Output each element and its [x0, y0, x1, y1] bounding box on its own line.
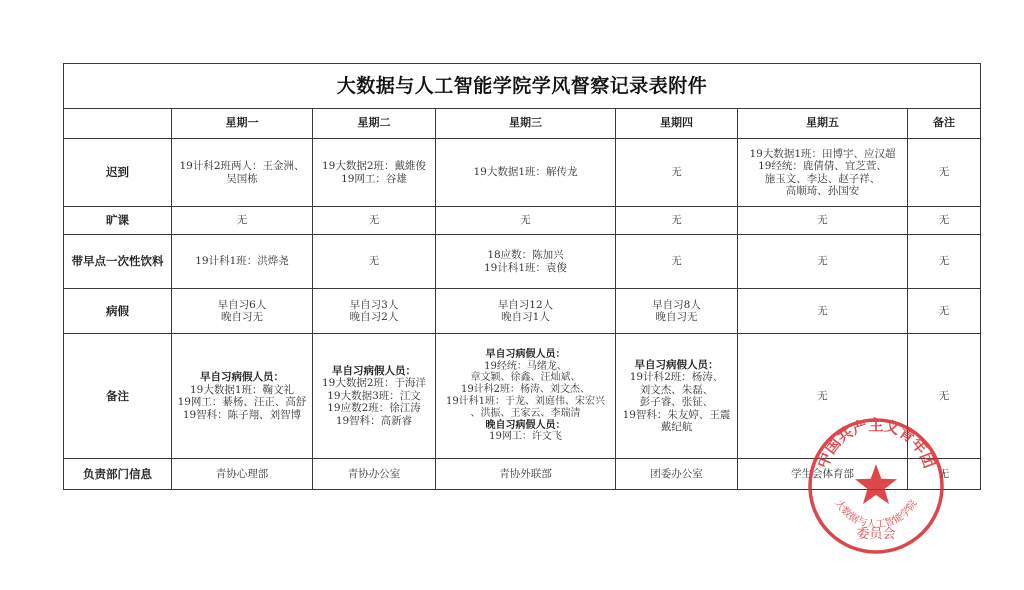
- cell-line: 19网工：谷雄: [315, 173, 433, 186]
- cell-line: 戴纪航: [618, 421, 735, 434]
- row-label-absent: 旷课: [64, 207, 172, 235]
- cell-dept-note: 无: [908, 459, 981, 490]
- cell-line: 19大数据1班：田博宇、应汉超: [740, 148, 905, 161]
- cell-dept-wed: 青协外联部: [436, 459, 616, 490]
- cell-dept-fri: 学生会体育部: [738, 459, 908, 490]
- cell-line: 晚自习1人: [438, 311, 613, 324]
- cell-late-thu: 无: [616, 139, 738, 207]
- cell-line: 晚自习无: [618, 311, 735, 324]
- cell-line: 晚自习2人: [315, 311, 433, 324]
- cell-line: 19大数据2班：于海洋: [315, 377, 433, 390]
- cell-absent-thu: 无: [616, 207, 738, 235]
- notes-heading: 早自习病假人员：: [174, 371, 310, 384]
- cell-line: 19计科1班：于龙、刘庭伟、宋宏兴: [438, 396, 613, 408]
- cell-line: 无: [618, 166, 735, 179]
- cell-sick-mon: 早自习6人 晚自习无: [172, 289, 313, 334]
- cell-late-wed: 19大数据1班：解传龙: [436, 139, 616, 207]
- cell-food-mon: 19计科1班：洪烨尧: [172, 235, 313, 289]
- cell-line: 早自习8人: [618, 299, 735, 312]
- cell-line: 19大数据1班：解传龙: [438, 166, 613, 179]
- row-sick: 病假 早自习6人 晚自习无 早自习3人 晚自习2人 早自习12人 晚自习1人 早…: [64, 289, 981, 334]
- cell-line: 19计科1班：袁俊: [438, 262, 613, 275]
- cell-line: 早自习3人: [315, 299, 433, 312]
- cell-line: 19计科2班两人：王金洲、: [174, 160, 310, 173]
- cell-line: 章文颖、徐鑫、汪灿斌、: [438, 372, 613, 384]
- row-notes: 备注 早自习病假人员： 19大数据1班：鞠文礼 19网工：綦杨、汪正、高舒 19…: [64, 334, 981, 459]
- notes-heading: 早自习病假人员：: [618, 359, 735, 372]
- cell-absent-wed: 无: [436, 207, 616, 235]
- cell-dept-mon: 青协心理部: [172, 459, 313, 490]
- notes-heading: 早自习病假人员：: [438, 349, 613, 361]
- cell-line: 19大数据2班：戴維俊: [315, 160, 433, 173]
- header-tuesday: 星期二: [313, 109, 436, 139]
- cell-line: 18应数：陈加兴: [438, 249, 613, 262]
- cell-food-note: 无: [908, 235, 981, 289]
- cell-notes-thu: 早自习病假人员： 19计科2班：杨涛、 刘文杰、朱磊、 彭子睿、张钲、 19智科…: [616, 334, 738, 459]
- document-title: 大数据与人工智能学院学风督察记录表附件: [64, 64, 981, 109]
- cell-line: 19大数据3班：江文: [315, 390, 433, 403]
- header-monday: 星期一: [172, 109, 313, 139]
- cell-line: 、洪振、王家云、李瑞清: [438, 408, 613, 420]
- cell-line: 刘文杰、朱磊、: [618, 384, 735, 397]
- header-row: 星期一 星期二 星期三 星期四 星期五 备注: [64, 109, 981, 139]
- cell-line: 19应数2班：徐江涛: [315, 402, 433, 415]
- row-label-notes: 备注: [64, 334, 172, 459]
- cell-line: 吴国栋: [174, 173, 310, 186]
- cell-line: 19智科：高新睿: [315, 415, 433, 428]
- cell-line: 无: [910, 166, 978, 179]
- cell-line: 早自习12人: [438, 299, 613, 312]
- cell-late-tue: 19大数据2班：戴維俊 19网工：谷雄: [313, 139, 436, 207]
- cell-notes-fri: 无: [738, 334, 908, 459]
- cell-notes-wed: 早自习病假人员： 19经统：马绪龙、 章文颖、徐鑫、汪灿斌、 19计科2班：杨涛…: [436, 334, 616, 459]
- cell-late-mon: 19计科2班两人：王金洲、 吴国栋: [172, 139, 313, 207]
- header-thursday: 星期四: [616, 109, 738, 139]
- cell-sick-note: 无: [908, 289, 981, 334]
- cell-line: 晚自习无: [174, 311, 310, 324]
- seal-committee-text: 委员会: [856, 527, 895, 542]
- cell-line: 19经统：鹿倩倩、宜芝萱、: [740, 160, 905, 173]
- cell-line: 彭子睿、张钲、: [618, 396, 735, 409]
- cell-dept-thu: 团委办公室: [616, 459, 738, 490]
- cell-line: 施玉文、李达、赵子祥、: [740, 173, 905, 186]
- record-sheet: 大数据与人工智能学院学风督察记录表附件 星期一 星期二 星期三 星期四 星期五 …: [63, 63, 980, 495]
- cell-line: 早自习6人: [174, 299, 310, 312]
- cell-dept-tue: 青协办公室: [313, 459, 436, 490]
- cell-notes-note: 无: [908, 334, 981, 459]
- row-label-food: 带早点一次性饮料: [64, 235, 172, 289]
- cell-line: 19计科2班：杨涛、: [618, 371, 735, 384]
- cell-food-thu: 无: [616, 235, 738, 289]
- header-wednesday: 星期三: [436, 109, 616, 139]
- cell-sick-tue: 早自习3人 晚自习2人: [313, 289, 436, 334]
- row-label-sick: 病假: [64, 289, 172, 334]
- notes-heading-evening: 晚自习病假人员：: [438, 420, 613, 432]
- cell-food-wed: 18应数：陈加兴 19计科1班：袁俊: [436, 235, 616, 289]
- row-dept: 负责部门信息 青协心理部 青协办公室 青协外联部 团委办公室 学生会体育部 无: [64, 459, 981, 490]
- cell-line: 19智科：朱友婷、王震: [618, 409, 735, 422]
- cell-absent-note: 无: [908, 207, 981, 235]
- cell-notes-mon: 早自习病假人员： 19大数据1班：鞠文礼 19网工：綦杨、汪正、高舒 19智科：…: [172, 334, 313, 459]
- row-label-late: 迟到: [64, 139, 172, 207]
- cell-notes-tue: 早自习病假人员： 19大数据2班：于海洋 19大数据3班：江文 19应数2班：徐…: [313, 334, 436, 459]
- cell-line: 19网工：綦杨、汪正、高舒: [174, 396, 310, 409]
- cell-line: 19大数据1班：鞠文礼: [174, 384, 310, 397]
- cell-sick-wed: 早自习12人 晚自习1人: [436, 289, 616, 334]
- cell-absent-fri: 无: [738, 207, 908, 235]
- cell-food-tue: 无: [313, 235, 436, 289]
- notes-heading: 早自习病假人员：: [315, 365, 433, 378]
- cell-line: 19智科：陈子翔、刘智博: [174, 409, 310, 422]
- header-remarks: 备注: [908, 109, 981, 139]
- cell-late-note: 无: [908, 139, 981, 207]
- row-absent: 旷课 无 无 无 无 无 无: [64, 207, 981, 235]
- row-late: 迟到 19计科2班两人：王金洲、 吴国栋 19大数据2班：戴維俊 19网工：谷雄…: [64, 139, 981, 207]
- cell-line: 高顺琦、孙国安: [740, 185, 905, 198]
- cell-line: 19计科2班：杨涛、刘文杰、: [438, 384, 613, 396]
- inspection-record-table: 大数据与人工智能学院学风督察记录表附件 星期一 星期二 星期三 星期四 星期五 …: [63, 63, 981, 490]
- cell-absent-mon: 无: [172, 207, 313, 235]
- cell-sick-fri: 无: [738, 289, 908, 334]
- cell-line: 19网工：许文飞: [438, 431, 613, 443]
- cell-line: 19经统：马绪龙、: [438, 361, 613, 373]
- row-label-dept: 负责部门信息: [64, 459, 172, 490]
- cell-late-fri: 19大数据1班：田博宇、应汉超 19经统：鹿倩倩、宜芝萱、 施玉文、李达、赵子祥…: [738, 139, 908, 207]
- header-friday: 星期五: [738, 109, 908, 139]
- row-food: 带早点一次性饮料 19计科1班：洪烨尧 无 18应数：陈加兴 19计科1班：袁俊…: [64, 235, 981, 289]
- header-blank: [64, 109, 172, 139]
- cell-sick-thu: 早自习8人 晚自习无: [616, 289, 738, 334]
- seal-bottom-text: 大数据与人工智能学院: [832, 497, 919, 530]
- cell-absent-tue: 无: [313, 207, 436, 235]
- cell-food-fri: 无: [738, 235, 908, 289]
